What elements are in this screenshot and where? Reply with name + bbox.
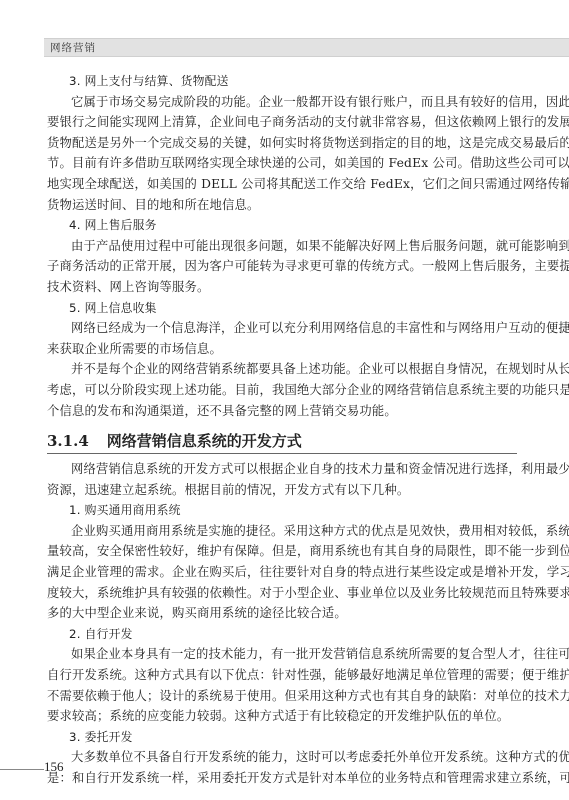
text-line: 它属于市场交易完成阶段的功能。企业一般都开设有银行账户，而且具有较好的信用，因此… <box>47 92 517 113</box>
subheading: 2. 自行开发 <box>47 624 517 645</box>
section-heading: 3.1.4网络营销信息系统的开发方式 <box>47 429 517 454</box>
paragraph: 网络已经成为一个信息海洋，企业可以充分利用网络信息的丰富性和与网络用户互动的便捷… <box>47 318 517 359</box>
text-line: 由于产品使用过程中可能出现很多问题，如果不能解决好网上售后服务问题，就可能影响到… <box>47 236 517 257</box>
subheading: 4. 网上售后服务 <box>47 215 517 236</box>
subheading: 3. 委托开发 <box>47 727 517 748</box>
text-line: 满足企业管理的需求。企业在购买后，往往要针对自身的特点进行某些设定或是增补开发，… <box>47 562 517 583</box>
paragraph: 它属于市场交易完成阶段的功能。企业一般都开设有银行账户，而且具有较好的信用，因此… <box>47 92 517 216</box>
running-header-title: 网络营销 <box>50 40 96 55</box>
section-number: 3.1.4 <box>47 432 89 450</box>
subheading: 3. 网上支付与结算、货物配送 <box>47 71 517 92</box>
text-line: 度较大，系统维护具有较强的依赖性。对于小型企业、事业单位以及业务比较规范而且特殊… <box>47 583 517 604</box>
page-number: 156 <box>44 759 64 775</box>
text-line: 要银行之间能实现网上清算，企业间电子商务活动的支付就非常容易，但这依赖网上银行的… <box>47 112 517 133</box>
page-body: 3. 网上支付与结算、货物配送它属于市场交易完成阶段的功能。企业一般都开设有银行… <box>47 71 517 789</box>
text-line: 是：和自行开发系统一样，采用委托开发方式是针对本单位的业务特点和管理需求建立系统… <box>47 768 517 789</box>
text-line: 不需要依赖于他人；设计的系统易于使用。但采用这种方式也有其自身的缺陷：对单位的技… <box>47 686 517 707</box>
running-header: 网络营销 <box>44 38 569 57</box>
paragraph: 网络营销信息系统的开发方式可以根据企业自身的技术力量和资金情况进行选择，利用最少… <box>47 459 517 500</box>
text-line: 资源，迅速建立起系统。根据目前的情况，开发方式有以下几种。 <box>47 480 517 501</box>
text-line: 量较高，安全保密性较好，维护有保障。但是，商用系统也有其自身的局限性，即不能一步… <box>47 541 517 562</box>
paragraph: 企业购买通用商用系统是实施的捷径。采用这种方式的优点是见效快，费用相对较低，系统… <box>47 521 517 624</box>
text-line: 要求较高；系统的应变能力较弱。这种方式适于有比较稳定的开发维护队伍的单位。 <box>47 706 517 727</box>
text-line: 考虑，可以分阶段实现上述功能。目前，我国绝大部分企业的网络营销信息系统主要的功能… <box>47 380 517 401</box>
text-line: 自行开发系统。这种方式具有以下优点：针对性强，能够最好地满足单位管理的需要；便于… <box>47 665 517 686</box>
text-line: 来获取企业所需要的市场信息。 <box>47 339 517 360</box>
text-line: 个信息的发布和沟通渠道，还不具备完整的网上营销交易功能。 <box>47 401 517 422</box>
section-title: 网络营销信息系统的开发方式 <box>107 432 302 450</box>
text-line: 货物运送时间、目的地和所在地信息。 <box>47 195 517 216</box>
paragraph: 并不是每个企业的网络营销系统都要具备上述功能。企业可以根据自身情况，在规划时从长… <box>47 359 517 421</box>
text-line: 网络已经成为一个信息海洋，企业可以充分利用网络信息的丰富性和与网络用户互动的便捷… <box>47 318 517 339</box>
text-line: 货物配送是另外一个完成交易的关键，如何实时将货物送到指定的目的地，这是完成交易最… <box>47 133 517 154</box>
text-line: 子商务活动的正常开展，因为客户可能转为寻求更可靠的传统方式。一般网上售后服务，主… <box>47 256 517 277</box>
footer-rule <box>0 769 44 770</box>
text-line: 节。目前有许多借助互联网络实现全球快递的公司，如美国的 FedEx 公司。借助这… <box>47 153 517 174</box>
paragraph: 如果企业本身具有一定的技术能力，有一批开发营销信息系统所需要的复合型人才，往往可… <box>47 644 517 726</box>
text-line: 大多数单位不具备自行开发系统的能力，这时可以考虑委托外单位开发系统。这种方式的优… <box>47 747 517 768</box>
text-line: 技术资料、网上咨询等服务。 <box>47 277 517 298</box>
text-line: 多的大中型企业来说，购买商用系统的途径比较合适。 <box>47 603 517 624</box>
text-line: 企业购买通用商用系统是实施的捷径。采用这种方式的优点是见效快，费用相对较低，系统… <box>47 521 517 542</box>
paragraph: 由于产品使用过程中可能出现很多问题，如果不能解决好网上售后服务问题，就可能影响到… <box>47 236 517 298</box>
subheading: 5. 网上信息收集 <box>47 298 517 319</box>
text-line: 网络营销信息系统的开发方式可以根据企业自身的技术力量和资金情况进行选择，利用最少… <box>47 459 517 480</box>
subheading: 1. 购买通用商用系统 <box>47 500 517 521</box>
text-line: 地实现全球配送，如美国的 DELL 公司将其配送工作交给 FedEx，它们之间只… <box>47 174 517 195</box>
text-line: 如果企业本身具有一定的技术能力，有一批开发营销信息系统所需要的复合型人才，往往可… <box>47 644 517 665</box>
text-line: 并不是每个企业的网络营销系统都要具备上述功能。企业可以根据自身情况，在规划时从长… <box>47 359 517 380</box>
paragraph: 大多数单位不具备自行开发系统的能力，这时可以考虑委托外单位开发系统。这种方式的优… <box>47 747 517 788</box>
